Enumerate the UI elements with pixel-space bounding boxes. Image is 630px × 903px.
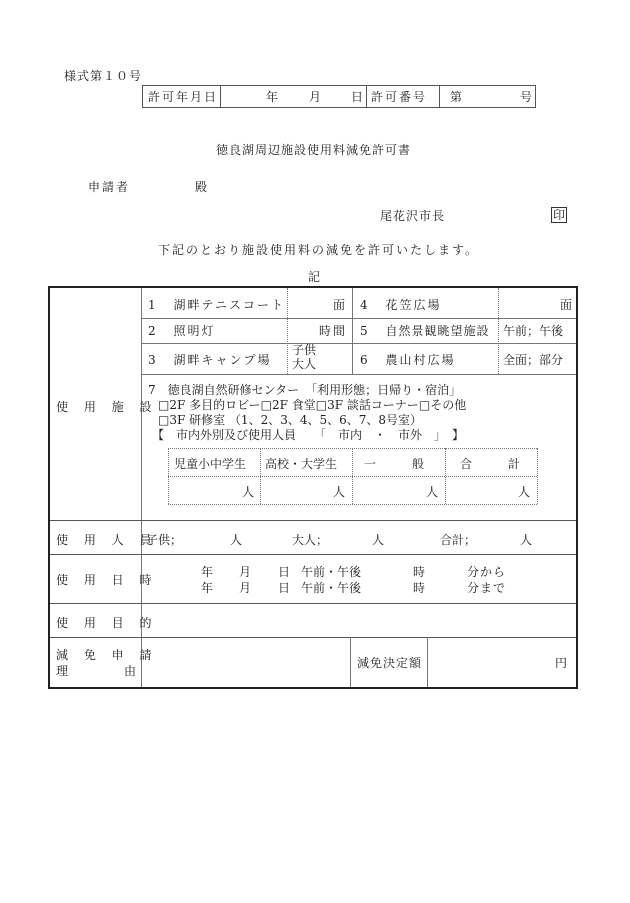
facility-item-2: 2 照明灯	[148, 322, 215, 339]
facility-item-3: 3 湖畔キャンプ場	[148, 351, 271, 368]
users-adult-label: 大人；	[292, 531, 328, 548]
people-count-total[interactable]: 人	[518, 483, 530, 500]
datetime-label: 使 用 日 時	[56, 571, 157, 588]
permission-statement: 下記のとおり施設使用料の減免を許可いたします。	[158, 241, 479, 258]
facility-4-unit: 面	[560, 296, 572, 313]
document-title: 徳良湖周辺施設使用料減免許可書	[216, 141, 411, 158]
users-child-unit[interactable]: 人	[230, 531, 242, 548]
permit-year-label: 年	[266, 88, 280, 105]
decision-amount-unit[interactable]: 円	[555, 654, 567, 671]
reason-field[interactable]	[142, 638, 350, 686]
facility-2-unit: 時間	[319, 322, 347, 339]
facility-3-units: 子供 大人	[292, 343, 316, 371]
users-total-unit[interactable]: 人	[520, 531, 532, 548]
users-adult-unit[interactable]: 人	[372, 531, 384, 548]
ki-label: 記	[308, 268, 320, 285]
issuer-name: 尾花沢市長	[380, 207, 445, 224]
facility-item-5: 5 自然景観眺望施設	[360, 322, 489, 339]
permit-date-field[interactable]: 年 月 日	[221, 86, 367, 107]
center-line-4: 【 市内外別及び使用人員 「 市内 ・ 市外 」 】	[152, 426, 464, 443]
people-count-students[interactable]: 人	[333, 483, 345, 500]
people-header-general: 一 般	[364, 455, 424, 472]
permit-number-label: 許可番号	[367, 86, 440, 107]
reason-label-line2a: 理	[56, 662, 68, 679]
permit-number-field[interactable]: 第 号	[440, 86, 535, 107]
applicant-honorific: 殿	[195, 178, 207, 195]
purpose-field[interactable]	[142, 604, 576, 637]
people-header-total: 合 計	[460, 455, 520, 472]
permit-number-suffix: 号	[520, 88, 534, 105]
facility-item-1: 1 湖畔テニスコート	[148, 296, 285, 313]
permit-date-label: 許可年月日	[143, 86, 221, 107]
permit-month-label: 月	[309, 88, 323, 105]
permit-header-table: 許可年月日 年 月 日 許可番号 第 号	[142, 85, 536, 108]
applicant-label: 申請者	[88, 178, 130, 195]
people-header-children: 児童小中学生	[174, 455, 246, 472]
seal-mark: 印	[551, 206, 567, 223]
seal-icon: 印	[551, 207, 567, 223]
main-table: 1 湖畔テニスコート 面 2 照明灯 時間 3 湖畔キャンプ場 子供 大人 4 …	[48, 286, 578, 689]
facility-1-unit: 面	[333, 296, 345, 313]
users-total-label: 合計；	[440, 531, 476, 548]
facility-5-unit: 午前；午後	[503, 322, 563, 339]
people-header-students: 高校・大学生	[265, 455, 337, 472]
reason-label-line2b: 由	[124, 662, 136, 679]
users-child-label: 子供；	[146, 531, 182, 548]
facility-label: 使 用 施 設	[56, 398, 157, 415]
people-count-children[interactable]: 人	[242, 483, 254, 500]
users-label: 使 用 人 員	[56, 531, 157, 548]
permit-number-prefix: 第	[450, 88, 464, 105]
decision-label: 減免決定額	[357, 654, 422, 671]
people-count-general[interactable]: 人	[426, 483, 438, 500]
facility-item-4: 4 花笠広場	[360, 296, 441, 313]
permit-day-label: 日	[351, 88, 365, 105]
facility-item-6: 6 農山村広場	[360, 351, 455, 368]
facility-6-unit: 全面；部分	[503, 351, 563, 368]
form-number: 様式第１０号	[64, 67, 142, 84]
